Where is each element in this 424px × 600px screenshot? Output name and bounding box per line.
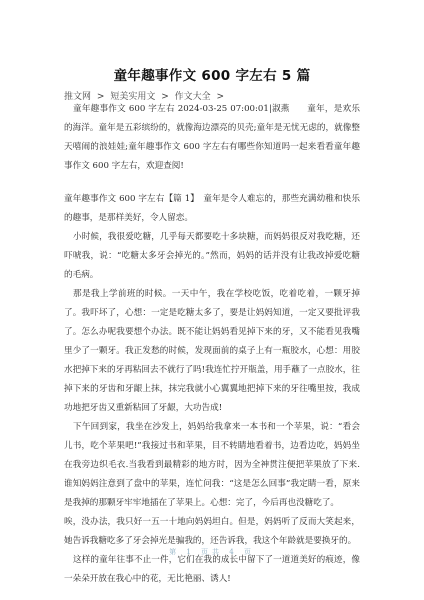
body-paragraph: 小时候，我很爱吃糖，几乎每天都要吃十多块糖，而妈妈很反对我吃糖，还吓唬我，说：“… (64, 228, 360, 285)
section-heading-paragraph: 童年趣事作文 600 字左右【篇 1】 童年是令人难忘的，那些充满幼稚和快乐的趣… (64, 190, 360, 228)
body-paragraph: 那是我上学前班的时候。一天中午，我在学校吃饭，吃着吃着，一颗牙掉了。我吓坏了，心… (64, 285, 360, 418)
document-title: 童年趣事作文 600 字左右 5 篇 (0, 64, 424, 84)
intro-paragraph: 童年趣事作文 600 字左右 2024-03-25 07:00:01|淑燕 童年… (64, 100, 360, 176)
spacer (64, 176, 360, 190)
document-page: 童年趣事作文 600 字左右 5 篇 推文网 > 短美实用文 > 作文大全 > … (0, 0, 424, 600)
body-paragraph: 下午回到家，我坐在沙发上，妈妈给我拿来一本书和一个苹果，说：“看会儿书，吃个苹果… (64, 418, 360, 513)
page-number-footer: 第 1 页共 4 页 (0, 547, 424, 557)
body-paragraph: 唉，没办法，我只好一五一十地向妈妈坦白。但是，妈妈听了反而大笑起来，她告诉我糖吃… (64, 513, 360, 551)
document-body: 童年趣事作文 600 字左右 2024-03-25 07:00:01|淑燕 童年… (64, 100, 360, 589)
